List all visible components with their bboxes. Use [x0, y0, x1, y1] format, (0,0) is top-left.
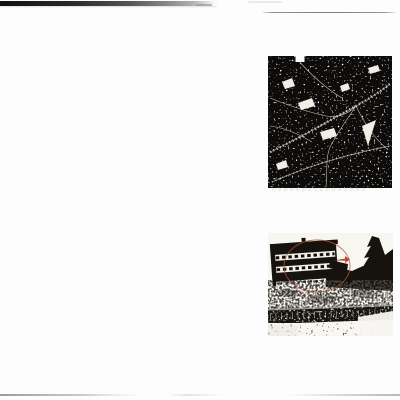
caption-smudge — [272, 188, 366, 191]
aerial-map-figure — [268, 56, 392, 188]
top-edge-smudge — [248, 1, 282, 3]
top-page-edge-shadow — [0, 1, 216, 6]
top-edge-mark — [196, 4, 212, 6]
aerial-top-notch — [296, 56, 305, 62]
left-page-blank — [0, 0, 255, 400]
bottom-page-edge-shadow — [0, 394, 400, 396]
building-photo-figure — [268, 233, 393, 336]
header-rule — [261, 12, 397, 13]
